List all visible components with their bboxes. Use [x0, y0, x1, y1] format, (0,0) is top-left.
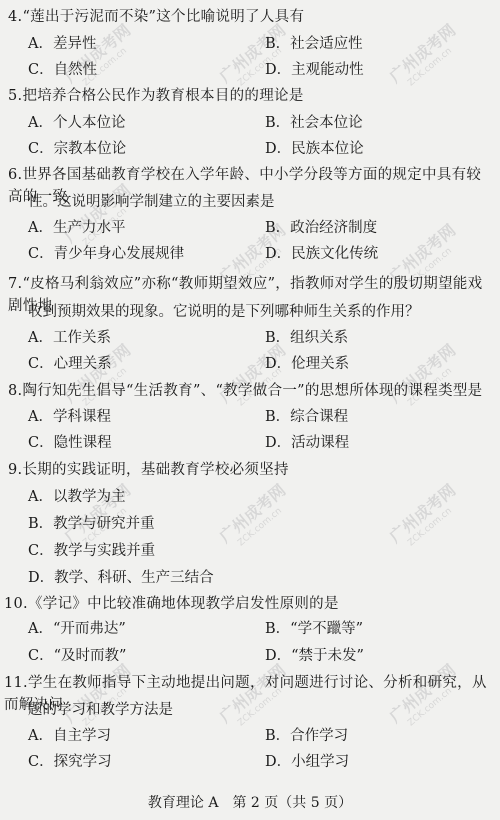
question-5-option-d: D．民族本位论: [265, 138, 364, 160]
question-9-option-a: A．以教学为主: [28, 486, 125, 508]
question-9-option-b: B．教学与研究并重: [28, 513, 155, 535]
question-8-option-c: C．隐性课程: [28, 432, 112, 454]
question-11-option-d: D．小组学习: [265, 751, 349, 773]
question-7-option-a: A．工作关系: [28, 327, 111, 349]
watermark: 广州成考网ZCK.com.cn: [384, 478, 467, 555]
question-8-stem: 8.陶行知先生倡导“生活教育”、“教学做合一”的思想所体现的课程类型是: [8, 380, 492, 402]
question-6-option-b: B．政治经济制度: [265, 217, 377, 239]
question-7-option-c: C．心理关系: [28, 353, 112, 375]
question-10-stem: 10.《学记》中比较准确地体现教学启发性原则的是: [4, 593, 492, 615]
watermark: 广州成考网ZCK.com.cn: [59, 18, 142, 95]
question-5-option-c: C．宗教本位论: [28, 138, 126, 160]
question-11-option-a: A．自主学习: [28, 725, 111, 747]
question-5-stem: 5.把培养合格公民作为教育根本目的的理论是: [8, 85, 492, 107]
question-6-stem-continued: 性。这说明影响学制建立的主要因素是: [28, 190, 275, 211]
question-5-option-b: B．社会本位论: [265, 112, 363, 134]
question-11-stem-continued: 题的学习和教学方法是: [28, 698, 173, 719]
question-4-option-a: A．差异性: [28, 33, 96, 55]
question-9-option-d: D．教学、科研、生产三结合: [28, 567, 214, 589]
question-8-option-a: A．学科课程: [28, 406, 111, 428]
watermark: 广州成考网ZCK.com.cn: [384, 338, 467, 415]
question-6-option-a: A．生产力水平: [28, 217, 125, 239]
question-10-option-d: D．“禁于未发”: [265, 645, 364, 667]
question-11-option-b: B．合作学习: [265, 725, 348, 747]
question-7-stem-continued: 收到预期效果的现象。它说明的是下列哪种师生关系的作用？: [28, 300, 420, 321]
question-6-option-c: C．青少年身心发展规律: [28, 243, 184, 265]
question-4-option-c: C．自然性: [28, 59, 97, 81]
question-10-option-b: B．“学不躐等”: [265, 618, 363, 640]
question-6-option-d: D．民族文化传统: [265, 243, 378, 265]
page-footer: 教育理论 A 第 2 页（共 5 页）: [0, 792, 500, 812]
question-9-stem: 9.长期的实践证明，基础教育学校必须坚持: [8, 459, 492, 481]
question-10-option-a: A．“开而弗达”: [28, 618, 126, 640]
question-5-option-a: A．个人本位论: [28, 112, 125, 134]
question-10-option-c: C．“及时而教”: [28, 645, 126, 667]
watermark: 广州成考网ZCK.com.cn: [214, 18, 297, 95]
question-11-option-c: C．探究学习: [28, 751, 112, 773]
question-9-option-c: C．教学与实践并重: [28, 540, 155, 562]
watermark: 广州成考网ZCK.com.cn: [384, 18, 467, 95]
question-7-option-d: D．伦理关系: [265, 353, 349, 375]
watermark: 广州成考网ZCK.com.cn: [59, 338, 142, 415]
watermark: 广州成考网ZCK.com.cn: [214, 338, 297, 415]
question-4-option-b: B．社会适应性: [265, 33, 363, 55]
exam-page: 广州成考网ZCK.com.cn 广州成考网ZCK.com.cn 广州成考网ZCK…: [0, 0, 500, 820]
question-4-option-d: D．主观能动性: [265, 59, 364, 81]
question-7-option-b: B．组织关系: [265, 327, 348, 349]
question-8-option-d: D．活动课程: [265, 432, 349, 454]
question-8-option-b: B．综合课程: [265, 406, 348, 428]
question-4-stem: 4.“莲出于污泥而不染”这个比喻说明了人具有: [8, 6, 492, 28]
watermark: 广州成考网ZCK.com.cn: [214, 478, 297, 555]
